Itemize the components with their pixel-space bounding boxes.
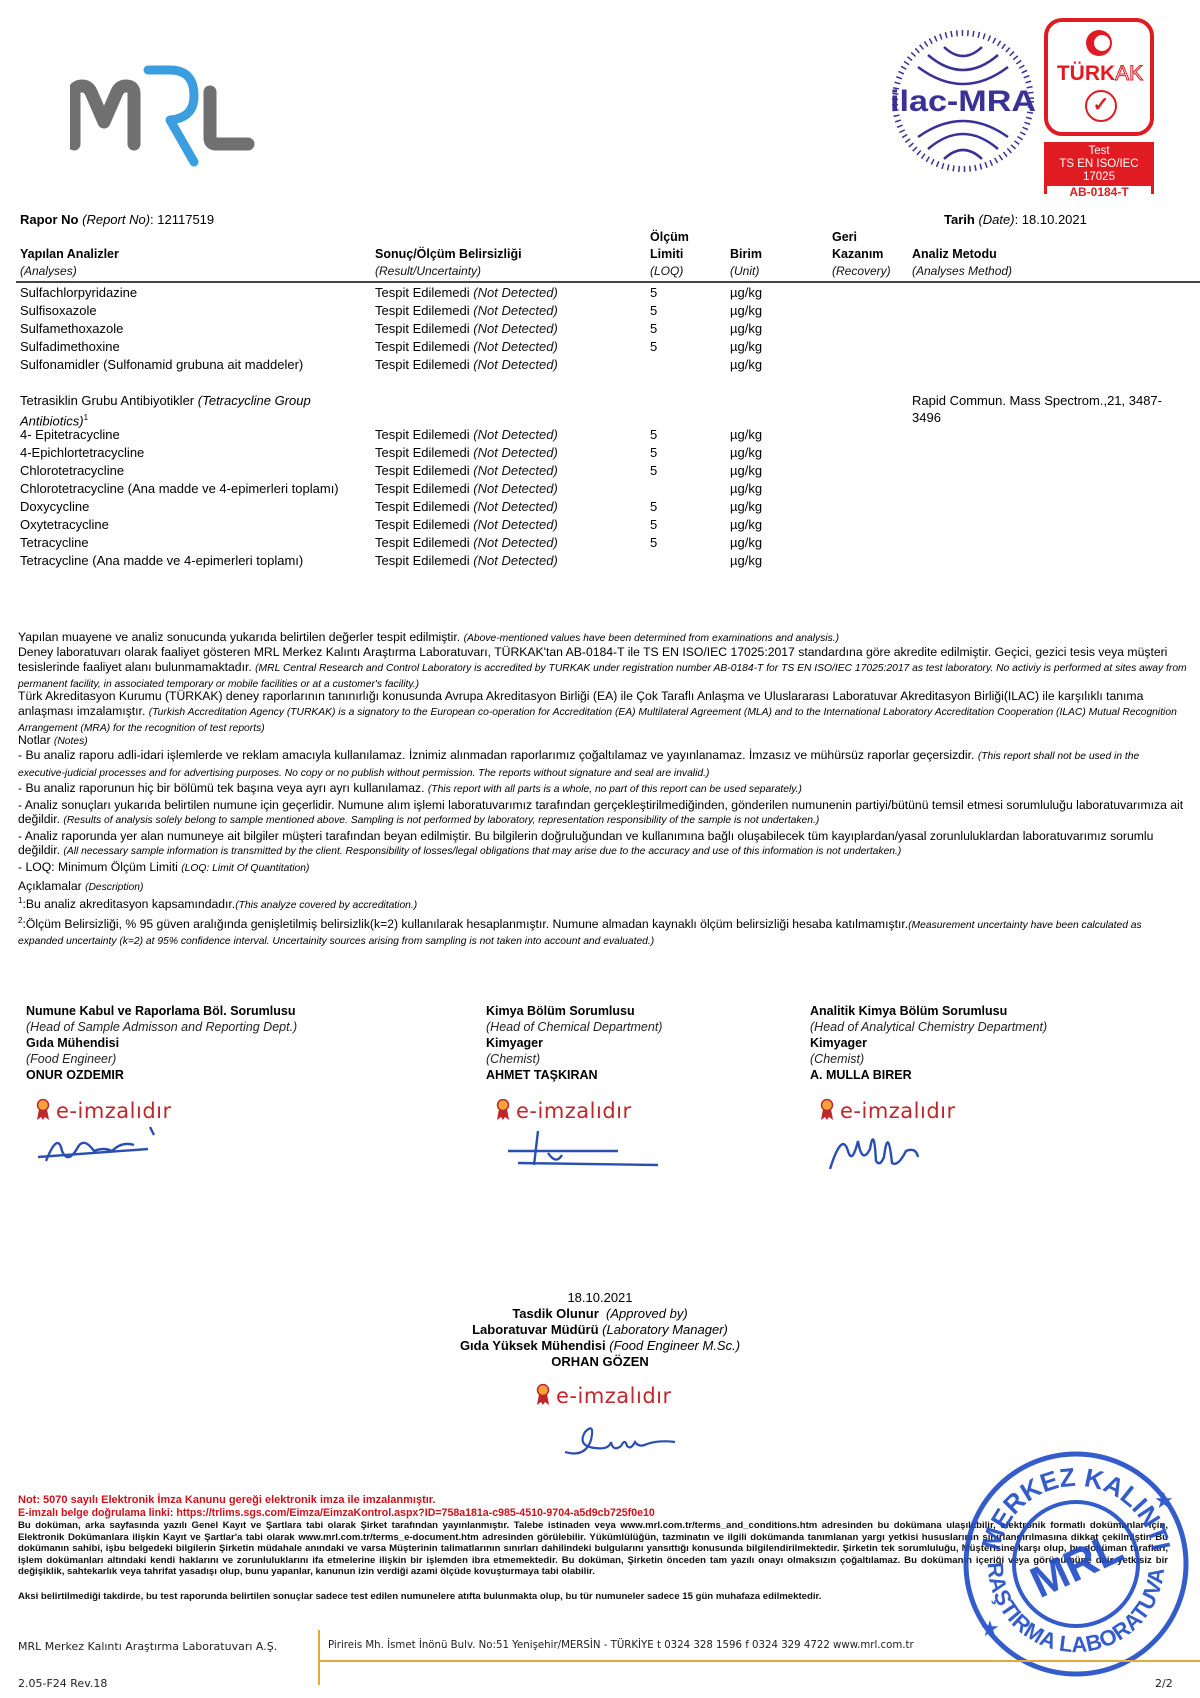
table-row: Chlorotetracycline (Ana madde ve 4-epime… [0, 480, 1200, 498]
award-ribbon-icon [36, 1099, 50, 1121]
signatory-block: Analitik Kimya Bölüm Sorumlusu(Head of A… [810, 1003, 1047, 1181]
svg-text:ilac-MRA: ilac-MRA [890, 85, 1036, 118]
table-row: SulfamethoxazoleTespit Edilemedi (Not De… [0, 320, 1200, 338]
tetracycline-group-title: Tetrasiklin Grubu Antibiyotikler (Tetrac… [20, 392, 311, 429]
unit: µg/kg [730, 320, 762, 338]
analysis-name: 4- Epitetracycline [20, 426, 120, 444]
loq-value: 5 [650, 320, 657, 338]
analysis-name: Sulfadimethoxine [20, 338, 120, 356]
approval-block: 18.10.2021 Tasdik Olunur (Approved by) L… [0, 1290, 1200, 1370]
page-number: 2/2 [1155, 1677, 1173, 1690]
verification-link[interactable]: https://trlims.sgs.com/Eimza/EimzaKontro… [176, 1507, 654, 1519]
checkmark-icon: ✓ [1085, 90, 1117, 122]
official-stamp: MERKEZ KALINTI ARAŞTIRMA LABORATUVARI MR… [958, 1446, 1194, 1682]
unit: µg/kg [730, 552, 762, 570]
unit: µg/kg [730, 480, 762, 498]
unit: µg/kg [730, 284, 762, 302]
analysis-name: Doxycycline [20, 498, 89, 516]
e-signature-law-note: Not: 5070 sayılı Elektronik İmza Kanunu … [18, 1494, 436, 1507]
table-row: Tetracycline (Ana madde ve 4-epimerleri … [0, 552, 1200, 570]
note-item: - Bu analiz raporunun hiç bir bölümü tek… [18, 781, 1188, 798]
col-header-result: Sonuç/Ölçüm Belirsizliği(Result/Uncertai… [375, 246, 522, 280]
loq-value: 5 [650, 498, 657, 516]
analysis-name: Sulfachlorpyridazine [20, 284, 137, 302]
verification-link-line: E-imzalı belge doğrulama linki: https://… [18, 1507, 655, 1520]
header-divider [16, 281, 1200, 283]
table-row: ChlorotetracyclineTespit Edilemedi (Not … [0, 462, 1200, 480]
analysis-name: Sulfisoxazole [20, 302, 97, 320]
analysis-name: Sulfamethoxazole [20, 320, 123, 338]
description-item: 1:Bu analiz akreditasyon kapsamındadır.(… [18, 894, 1188, 914]
report-number: Rapor No (Report No): 12117519 [20, 212, 214, 227]
handwritten-signature [38, 1121, 208, 1177]
statement-2: Deney laboratuvarı olarak faaliyet göste… [18, 645, 1188, 693]
signatory-name: AHMET TAŞKIRAN [486, 1067, 668, 1083]
retention-note: Aksi belirtilmediği takdirde, bu test ra… [18, 1591, 821, 1603]
e-signed-badge: e-imzalıdır [36, 1099, 297, 1121]
analysis-name: Chlorotetracycline (Ana madde ve 4-epime… [20, 480, 339, 498]
col-header-method: Analiz Metodu(Analyses Method) [912, 246, 1012, 280]
signatory-block: Kimya Bölüm Sorumlusu(Head of Chemical D… [486, 1003, 668, 1181]
unit: µg/kg [730, 426, 762, 444]
result: Tespit Edilemedi (Not Detected) [375, 356, 558, 374]
analysis-name: Tetracycline [20, 534, 89, 552]
turkak-logo: TÜRKAK ✓ Test TS EN ISO/IEC 17025 AB-018… [1040, 18, 1160, 196]
loq-value: 5 [650, 534, 657, 552]
footer-address: Pirireis Mh. İsmet İnönü Bulv. No:51 Yen… [328, 1640, 914, 1651]
award-ribbon-icon [820, 1099, 834, 1121]
result: Tespit Edilemedi (Not Detected) [375, 302, 558, 320]
result: Tespit Edilemedi (Not Detected) [375, 444, 558, 462]
loq-value: 5 [650, 426, 657, 444]
table-row: SulfachlorpyridazineTespit Edilemedi (No… [0, 284, 1200, 302]
result: Tespit Edilemedi (Not Detected) [375, 534, 558, 552]
unit: µg/kg [730, 534, 762, 552]
result: Tespit Edilemedi (Not Detected) [375, 480, 558, 498]
footer-company: MRL Merkez Kalıntı Araştırma Laboratuvar… [18, 1640, 277, 1653]
e-signed-badge: e-imzalıdır [496, 1099, 668, 1121]
note-item: - Analiz sonuçları yukarıda belirtilen n… [18, 798, 1188, 829]
signatory-name: A. MULLA BIRER [810, 1067, 1047, 1083]
table-row: 4- EpitetracyclineTespit Edilemedi (Not … [0, 426, 1200, 444]
star-icon: ★ [980, 1616, 1000, 1641]
result: Tespit Edilemedi (Not Detected) [375, 552, 558, 570]
approval-signature [555, 1412, 685, 1467]
handwritten-signature [822, 1121, 992, 1177]
col-header-loq: ÖlçümLimiti(LOQ) [650, 229, 689, 280]
table-row: TetracyclineTespit Edilemedi (Not Detect… [0, 534, 1200, 552]
handwritten-signature [498, 1121, 668, 1177]
ilac-mra-logo: ilac-MRA [888, 25, 1038, 180]
unit: µg/kg [730, 302, 762, 320]
report-date: Tarih (Date): 18.10.2021 [944, 212, 1087, 227]
tetracycline-method: Rapid Commun. Mass Spectrom.,21, 3487-34… [912, 392, 1162, 426]
notes-list: - Bu analiz raporu adli-idari işlemlerde… [18, 748, 1188, 876]
analysis-name: Oxytetracycline [20, 516, 109, 534]
col-header-unit: Birim(Unit) [730, 246, 762, 280]
analysis-name: Chlorotetracycline [20, 462, 124, 480]
note-item: - LOQ: Minimum Ölçüm Limiti (LOQ: Limit … [18, 860, 1188, 877]
result: Tespit Edilemedi (Not Detected) [375, 462, 558, 480]
unit: µg/kg [730, 498, 762, 516]
description-list: 1:Bu analiz akreditasyon kapsamındadır.(… [18, 894, 1188, 950]
result: Tespit Edilemedi (Not Detected) [375, 338, 558, 356]
note-item: - Analiz raporunda yer alan numuneye ait… [18, 829, 1188, 860]
result: Tespit Edilemedi (Not Detected) [375, 516, 558, 534]
award-ribbon-icon [496, 1099, 510, 1121]
table-row: DoxycyclineTespit Edilemedi (Not Detecte… [0, 498, 1200, 516]
loq-value: 5 [650, 338, 657, 356]
analysis-name: Tetracycline (Ana madde ve 4-epimerleri … [20, 552, 303, 570]
signatory-name: ONUR OZDEMIR [26, 1067, 297, 1083]
signatory-block: Numune Kabul ve Raporlama Böl. Sorumlusu… [26, 1003, 297, 1181]
loq-value: 5 [650, 302, 657, 320]
e-signed-badge: e-imzalıdır [820, 1099, 1047, 1121]
col-header-analyses: Yapılan Analizler(Analyses) [20, 246, 119, 280]
approval-e-signed-badge: e-imzalıdır [536, 1384, 672, 1408]
mrl-logo [70, 62, 260, 174]
loq-value: 5 [650, 516, 657, 534]
form-code: 2.05-F24 Rev.18 [18, 1677, 107, 1690]
table-row: OxytetracyclineTespit Edilemedi (Not Det… [0, 516, 1200, 534]
result: Tespit Edilemedi (Not Detected) [375, 284, 558, 302]
description-item: 2:Ölçüm Belirsizliği, % 95 güven aralığı… [18, 914, 1188, 950]
unit: µg/kg [730, 462, 762, 480]
footer-divider-vertical [318, 1630, 320, 1685]
note-item: - Bu analiz raporu adli-idari işlemlerde… [18, 748, 1188, 781]
result: Tespit Edilemedi (Not Detected) [375, 426, 558, 444]
analysis-name: Sulfonamidler (Sulfonamid grubuna ait ma… [20, 356, 303, 374]
analysis-name: 4-Epichlortetracycline [20, 444, 144, 462]
loq-value: 5 [650, 462, 657, 480]
star-icon: ★ [1154, 1488, 1174, 1513]
table-row: Sulfonamidler (Sulfonamid grubuna ait ma… [0, 356, 1200, 374]
col-header-recovery: GeriKazanım(Recovery) [832, 229, 891, 280]
result: Tespit Edilemedi (Not Detected) [375, 320, 558, 338]
unit: µg/kg [730, 444, 762, 462]
unit: µg/kg [730, 338, 762, 356]
loq-value: 5 [650, 444, 657, 462]
loq-value: 5 [650, 284, 657, 302]
unit: µg/kg [730, 516, 762, 534]
table-row: SulfadimethoxineTespit Edilemedi (Not De… [0, 338, 1200, 356]
award-ribbon-icon [536, 1384, 550, 1406]
result: Tespit Edilemedi (Not Detected) [375, 498, 558, 516]
footer-divider [318, 1660, 1200, 1662]
crescent-icon [1086, 30, 1112, 56]
table-row: 4-EpichlortetracyclineTespit Edilemedi (… [0, 444, 1200, 462]
table-row: SulfisoxazoleTespit Edilemedi (Not Detec… [0, 302, 1200, 320]
statement-3: Türk Akreditasyon Kurumu (TÜRKAK) deney … [18, 689, 1188, 737]
svg-text:MRL: MRL [1023, 1523, 1130, 1608]
unit: µg/kg [730, 356, 762, 374]
